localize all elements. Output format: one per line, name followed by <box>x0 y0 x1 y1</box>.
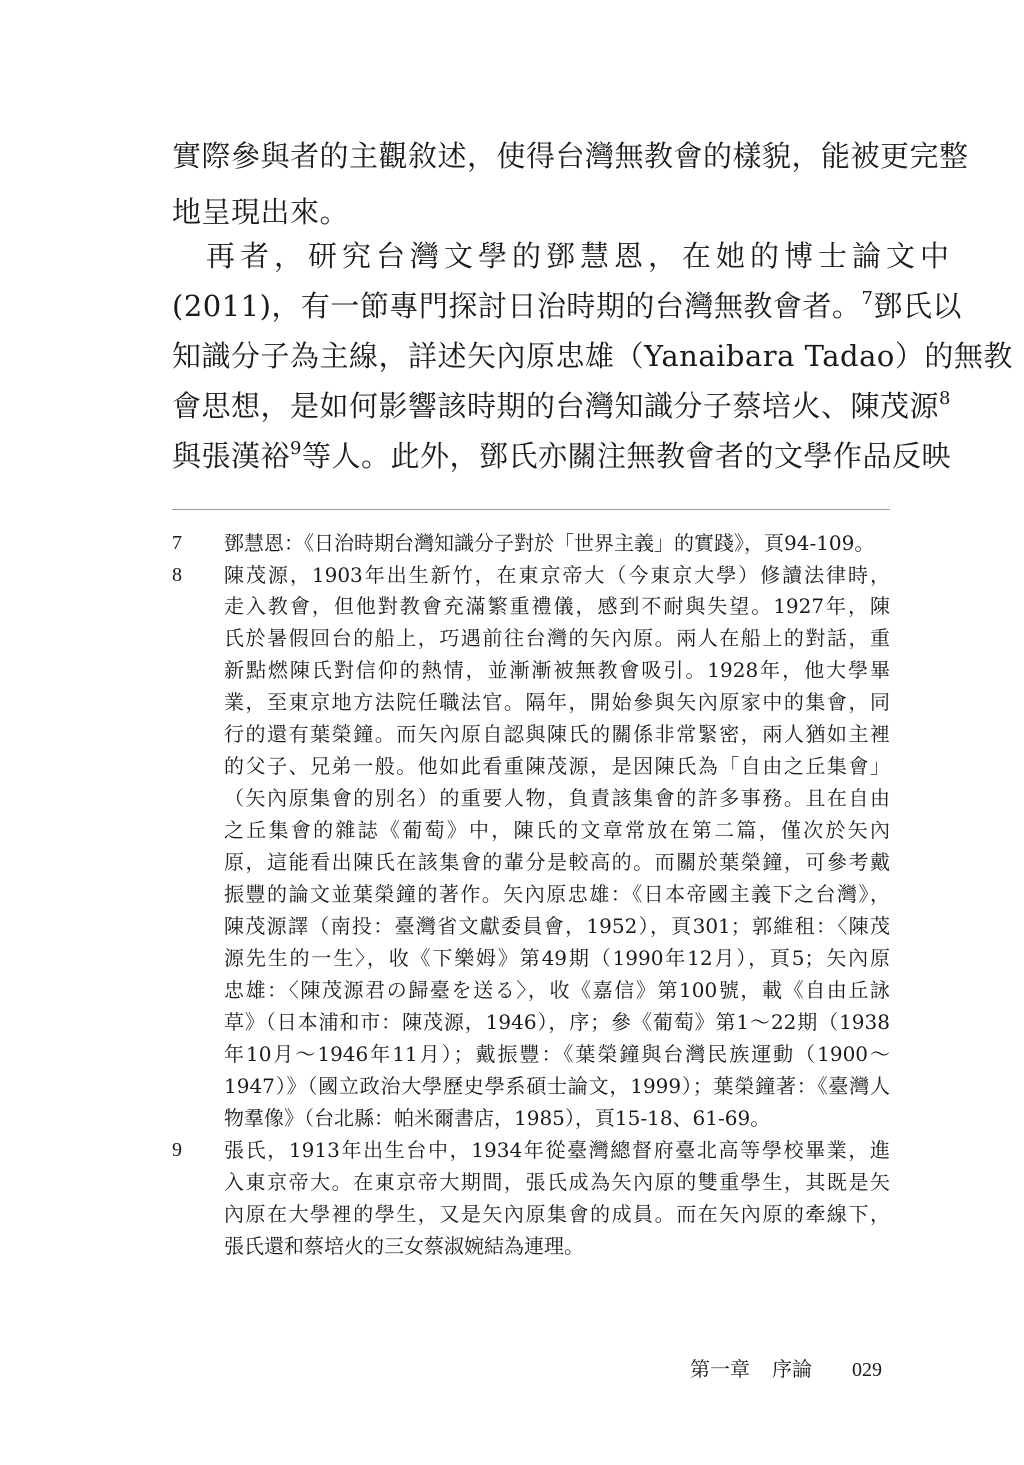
page-number: 029 <box>852 1357 882 1383</box>
footnote-8-line-15: 草》（日本浦和市：陳茂源，1946），序；參《葡萄》第1～22期（1938 <box>224 1009 890 1035</box>
footnote-8-line-1: 陳茂源，1903年出生新竹，在東京帝大（今東京大學）修讀法律時， <box>224 562 890 588</box>
footnote-8-line-17: 1947）》（國立政治大學歷史學系碩士論文，1999）；葉榮鐘著：《臺灣人 <box>224 1073 890 1099</box>
body-line-4-after: 鄧氏以 <box>873 289 962 323</box>
footnote-7-line-1: 鄧慧恩：《日治時期台灣知識分子對於「世界主義」的實踐》，頁94-109。 <box>224 530 890 556</box>
body-line-6: 會思想，是如何影響該時期的台灣知識分子蔡培火、陳茂源8 <box>172 388 951 424</box>
footnote-8-line-9: 之丘集會的雜誌《葡萄》中，陳氏的文章常放在第二篇，僅次於矢內 <box>224 817 890 843</box>
footnote-8-line-18: 物羣像》（台北縣：帕米爾書店，1985），頁15-18、61-69。 <box>224 1105 890 1131</box>
footnote-9-line-3: 內原在大學裡的學生，又是矢內原集會的成員。而在矢內原的牽線下， <box>224 1201 890 1227</box>
footnote-number-9: 9 <box>172 1137 182 1163</box>
footnote-number-8: 8 <box>172 562 182 588</box>
footnote-9-line-2: 入東京帝大。在東京帝大期間，張氏成為矢內原的雙重學生，其既是矢 <box>224 1169 890 1195</box>
footnote-ref-7[interactable]: 7 <box>861 288 873 309</box>
body-line-3: 再者，研究台灣文學的鄧慧恩，在她的博士論文中 <box>172 238 892 274</box>
page-footer: 第一章序論029 <box>690 1356 882 1383</box>
body-line-4: (2011)，有一節專門探討日治時期的台灣無教會者。7鄧氏以 <box>172 288 962 324</box>
body-line-7-after: 等人。此外，鄧氏亦關注無教會者的文學作品反映 <box>302 439 951 473</box>
footnote-9-line-1: 張氏，1913年出生台中，1934年從臺灣總督府臺北高等學校畢業，進 <box>224 1137 890 1163</box>
footnote-8-line-4: 新點燃陳氏對信仰的熱情，並漸漸被無教會吸引。1928年，他大學畢 <box>224 657 890 683</box>
footnote-8-line-8: （矢內原集會的別名）的重要人物，負責該集會的許多事務。且在自由 <box>224 785 890 811</box>
footnote-8-line-13: 源先生的一生〉，收《下樂姆》第49期（1990年12月），頁5；矢內原 <box>224 945 890 971</box>
footnote-8-line-5: 業，至東京地方法院任職法官。隔年，開始參與矢內原家中的集會，同 <box>224 689 890 715</box>
body-line-7-text: 與張漢裕 <box>172 439 290 473</box>
footnote-number-7: 7 <box>172 530 182 556</box>
body-line-5: 知識分子為主線，詳述矢內原忠雄（Yanaibara Tadao）的無教 <box>172 338 1013 374</box>
footer-chapter: 第一章 <box>690 1356 750 1382</box>
footnote-ref-8[interactable]: 8 <box>939 388 951 409</box>
footnote-8-line-16: 年10月～1946年11月）；戴振豐：《葉榮鐘與台灣民族運動（1900～ <box>224 1041 890 1067</box>
footer-chapter-title: 序論 <box>772 1356 812 1382</box>
footnote-8-line-14: 忠雄：〈陳茂源君の歸臺を送る〉，收《嘉信》第100號，載《自由丘詠 <box>224 977 890 1003</box>
footnote-8-line-2: 走入教會，但他對教會充滿繁重禮儀，感到不耐與失望。1927年，陳 <box>224 593 890 619</box>
body-line-2: 地呈現出來。 <box>172 194 349 230</box>
footnote-divider <box>172 509 890 510</box>
footnote-8-line-7: 的父子、兄弟一般。他如此看重陳茂源，是因陳氏為「自由之丘集會」 <box>224 753 890 779</box>
footnote-8-line-3: 氏於暑假回台的船上，巧遇前往台灣的矢內原。兩人在船上的對話，重 <box>224 625 890 651</box>
body-line-1: 實際參與者的主觀敘述，使得台灣無教會的樣貌，能被更完整 <box>172 138 892 174</box>
footnote-8-line-6: 行的還有葉榮鐘。而矢內原自認與陳氏的關係非常緊密，兩人猶如主裡 <box>224 721 890 747</box>
footnote-8-line-12: 陳茂源譯（南投：臺灣省文獻委員會，1952），頁301；郭維租：〈陳茂 <box>224 913 890 939</box>
body-line-6-text: 會思想，是如何影響該時期的台灣知識分子蔡培火、陳茂源 <box>172 389 939 423</box>
body-line-4-text: (2011)，有一節專門探討日治時期的台灣無教會者。 <box>172 289 861 323</box>
footnote-8-line-11: 振豐的論文並葉榮鐘的著作。矢內原忠雄：《日本帝國主義下之台灣》， <box>224 881 890 907</box>
footnote-ref-9[interactable]: 9 <box>290 438 302 459</box>
footnote-8-line-10: 原，這能看出陳氏在該集會的輩分是較高的。而關於葉榮鐘，可參考戴 <box>224 849 890 875</box>
footnote-9-line-4: 張氏還和蔡培火的三女蔡淑婉結為連理。 <box>224 1233 890 1259</box>
body-line-7: 與張漢裕9等人。此外，鄧氏亦關注無教會者的文學作品反映 <box>172 438 951 474</box>
